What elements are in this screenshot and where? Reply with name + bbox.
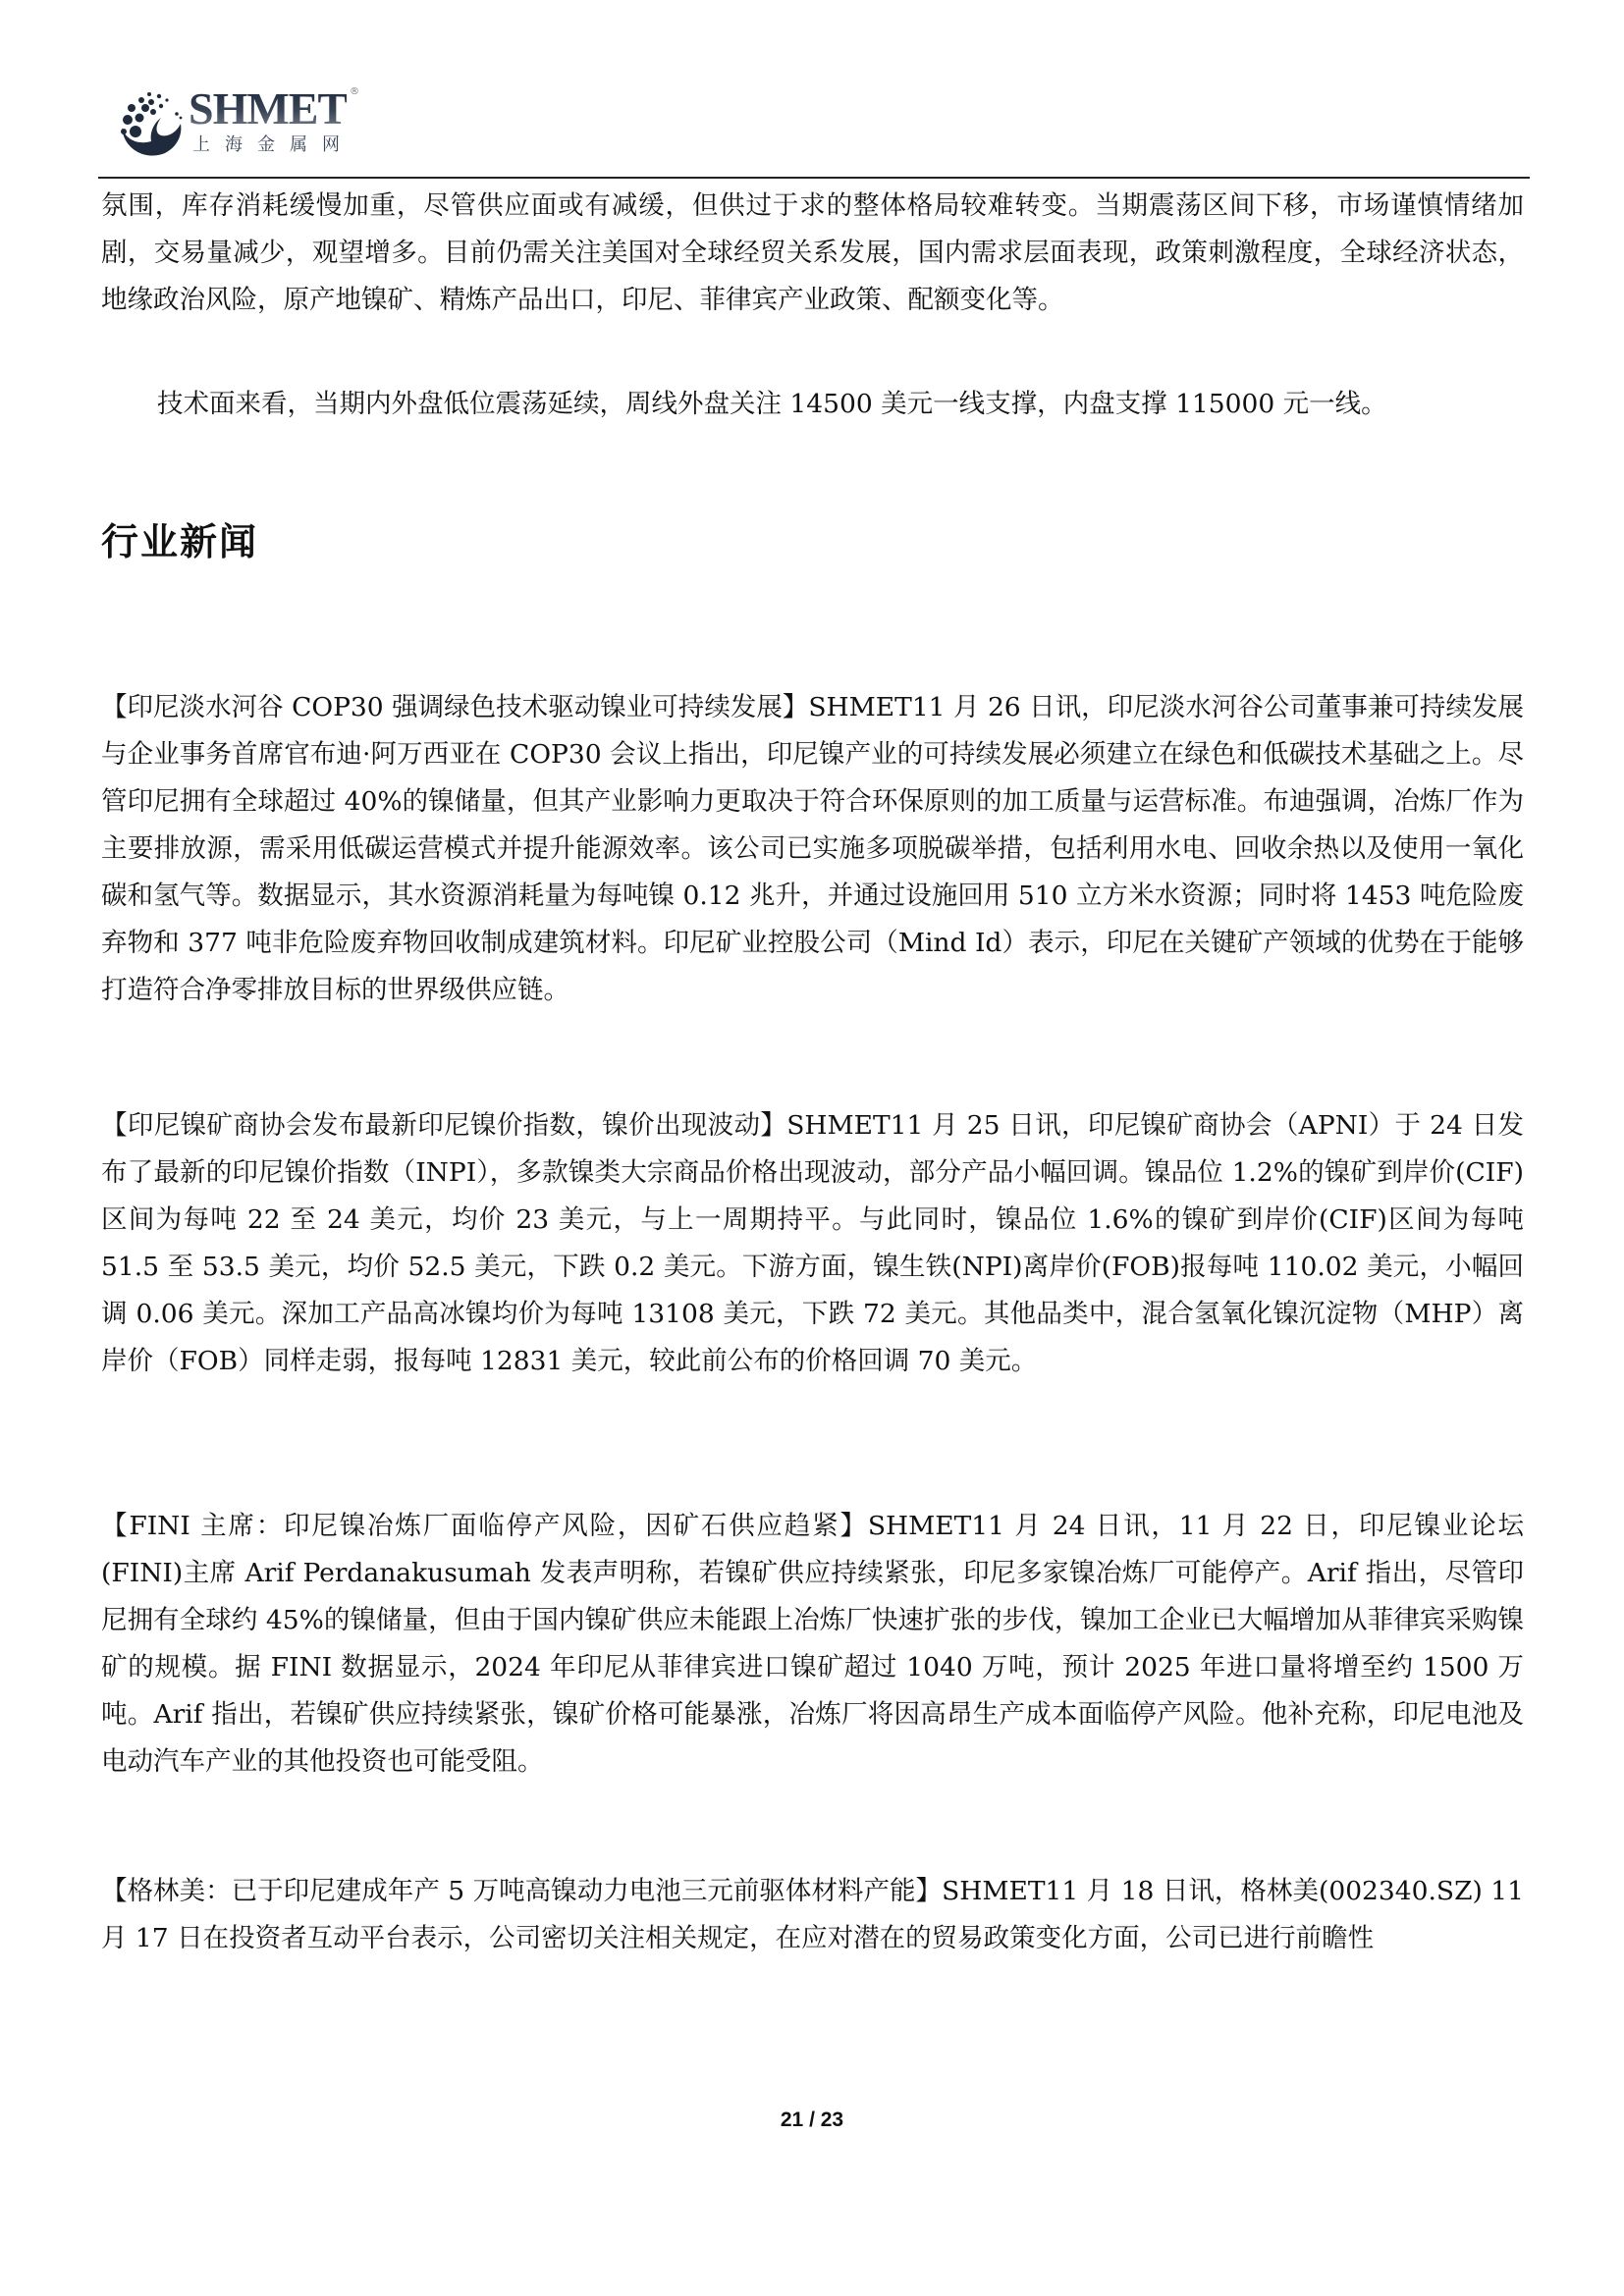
logo-subtitle: 上海金属网 xyxy=(192,135,354,155)
intro-section: 氛围，库存消耗缓慢加重，尽管供应面或有减缓，但供过于求的整体格局较难转变。当期震… xyxy=(101,183,1524,324)
news-item: 【印尼镍矿商协会发布最新印尼镍价指数，镍价出现波动】SHMET11 月 25 日… xyxy=(101,1102,1524,1385)
technical-paragraph: 技术面来看，当期内外盘低位震荡延续，周线外盘关注 14500 美元一线支撑，内盘… xyxy=(101,381,1524,428)
registered-mark: ® xyxy=(350,86,359,97)
news-title: 【FINI 主席：印尼镍冶炼厂面临停产风险，因矿石供应趋紧】 xyxy=(101,1511,868,1541)
shmet-logo: SHMET ® 上海金属网 xyxy=(116,86,371,161)
page-number: 21 / 23 xyxy=(0,2109,1624,2132)
news-title: 【格林美：已于印尼建成年产 5 万吨高镍动力电池三元前驱体材料产能】 xyxy=(101,1876,942,1906)
shmet-wave-dots-icon xyxy=(116,88,187,159)
intro-paragraph: 氛围，库存消耗缓慢加重，尽管供应面或有减缓，但供过于求的整体格局较难转变。当期震… xyxy=(101,183,1524,324)
news-title: 【印尼镍矿商协会发布最新印尼镍价指数，镍价出现波动】 xyxy=(101,1110,786,1141)
news-item: 【FINI 主席：印尼镍冶炼厂面临停产风险，因矿石供应趋紧】SHMET11 月 … xyxy=(101,1503,1524,1786)
header-divider xyxy=(98,177,1530,179)
news-body: SHMET11 月 24 日讯，11 月 22 日，印尼镍业论坛(FINI)主席… xyxy=(101,1511,1524,1777)
page-header: SHMET ® 上海金属网 xyxy=(98,82,1530,179)
section-heading: 行业新闻 xyxy=(101,518,258,565)
technical-section: 技术面来看，当期内外盘低位震荡延续，周线外盘关注 14500 美元一线支撑，内盘… xyxy=(101,381,1524,428)
news-body: SHMET11 月 25 日讯，印尼镍矿商协会（APNI）于 24 日发布了最新… xyxy=(101,1110,1524,1376)
news-item: 【格林美：已于印尼建成年产 5 万吨高镍动力电池三元前驱体材料产能】SHMET1… xyxy=(101,1868,1524,1962)
news-body: SHMET11 月 26 日讯，印尼淡水河谷公司董事兼可持续发展与企业事务首席官… xyxy=(101,692,1524,1005)
logo-wordmark: SHMET xyxy=(189,86,347,132)
news-title: 【印尼淡水河谷 COP30 强调绿色技术驱动镍业可持续发展】 xyxy=(101,692,808,722)
news-item: 【印尼淡水河谷 COP30 强调绿色技术驱动镍业可持续发展】SHMET11 月 … xyxy=(101,684,1524,1014)
